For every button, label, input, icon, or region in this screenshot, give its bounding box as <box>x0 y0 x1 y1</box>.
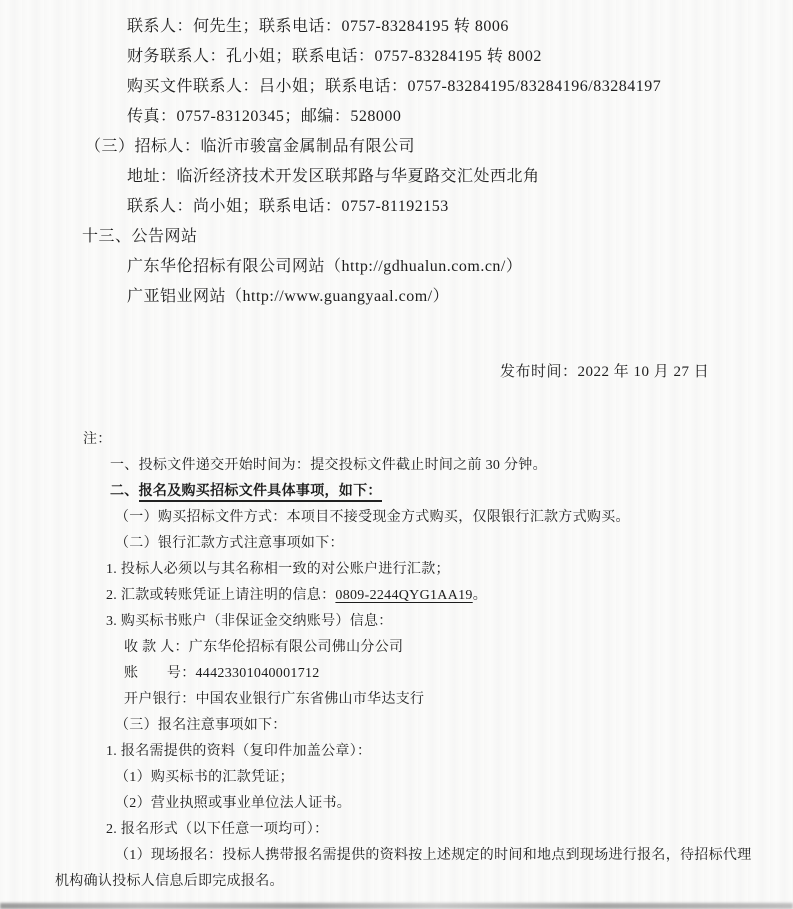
registration-material-1: （1）购买标书的汇款凭证； <box>115 765 793 791</box>
notes-section: 注： 一、投标文件递交开始时间为：提交投标文件截止时间之前 30 分钟。 二、报… <box>0 427 793 895</box>
contact-person-line: 联系人：何先生；联系电话：0757-83284195 转 8006 <box>127 12 793 42</box>
tenderer-address-line: 地址：临沂经济技术开发区联邦路与华夏路交汇处西北角 <box>127 162 793 192</box>
note-sub-1-purchase-method: （一）购买招标文件方式：本项目不接受现金方式购买，仅限银行汇款方式购买。 <box>115 505 793 531</box>
contacts-and-websites-section: 联系人：何先生；联系电话：0757-83284195 转 8006 财务联系人：… <box>0 0 793 312</box>
bank-note-2-suffix: 。 <box>473 588 487 603</box>
website-item-guangyaal: 广亚铝业网站（http://www.guangyaal.com/） <box>127 282 793 312</box>
bank-note-1: 1. 投标人必须以与其名称相一致的对公账户进行汇款； <box>106 557 793 583</box>
bank-note-2-prefix: 2. 汇款或转账凭证上请注明的信息： <box>106 588 335 603</box>
registration-material-2: （2）营业执照或事业单位法人证书。 <box>115 791 793 817</box>
scan-bottom-edge-artifact <box>0 903 793 909</box>
bank-note-2: 2. 汇款或转账凭证上请注明的信息：0809-2244QYG1AA19。 <box>106 583 793 609</box>
registration-form-line: 2. 报名形式（以下任意一项均可）： <box>106 817 793 843</box>
notes-label: 注： <box>83 427 793 453</box>
registration-materials-line: 1. 报名需提供的资料（复印件加盖公章）： <box>106 739 793 765</box>
fax-postcode-line: 传真：0757-83120345；邮编：528000 <box>127 102 793 132</box>
payee-line: 收 款 人：广东华伦招标有限公司佛山分公司 <box>124 635 793 661</box>
onsite-registration-line-2: 机构确认投标人信息后即完成报名。 <box>55 869 793 895</box>
tenderer-heading: （三）招标人：临沂市骏富金属制品有限公司 <box>85 132 793 162</box>
note-item-1: 一、投标文件递交开始时间为：提交投标文件截止时间之前 30 分钟。 <box>110 453 793 479</box>
website-item-gdhualun: 广东华伦招标有限公司网站（http://gdhualun.com.cn/） <box>127 252 793 282</box>
bank-branch-line: 开户银行：中国农业银行广东省佛山市华达支行 <box>124 687 793 713</box>
document-purchase-contact-line: 购买文件联系人：吕小姐；联系电话：0757-83284195/83284196/… <box>127 72 793 102</box>
finance-contact-line: 财务联系人：孔小姐；联系电话：0757-83284195 转 8002 <box>127 42 793 72</box>
remittance-reference-code: 0809-2244QYG1AA19 <box>335 588 472 603</box>
announcement-websites-heading: 十三、公告网站 <box>82 222 793 252</box>
note-item-2-underlined-text: 报名及购买招标文件具体事项，如下： <box>139 484 382 502</box>
scanned-tender-document-page: 联系人：何先生；联系电话：0757-83284195 转 8006 财务联系人：… <box>0 0 793 909</box>
account-number-line: 账 号：44423301040001712 <box>124 661 793 687</box>
onsite-registration-line-1: （1）现场报名：投标人携带报名需提供的资料按上述规定的时间和地点到现场进行报名，… <box>115 843 793 869</box>
note-item-2-prefix: 二、 <box>110 484 139 499</box>
note-item-2: 二、报名及购买招标文件具体事项，如下： <box>110 479 793 505</box>
publish-time-line: 发布时间：2022 年 10 月 27 日 <box>500 357 793 387</box>
note-sub-3-registration: （三）报名注意事项如下： <box>115 713 793 739</box>
note-sub-2-bank-remittance: （二）银行汇款方式注意事项如下： <box>115 531 793 557</box>
bank-note-3: 3. 购买标书账户（非保证金交纳账号）信息： <box>106 609 793 635</box>
tenderer-contact-line: 联系人：尚小姐；联系电话：0757-81192153 <box>127 192 793 222</box>
